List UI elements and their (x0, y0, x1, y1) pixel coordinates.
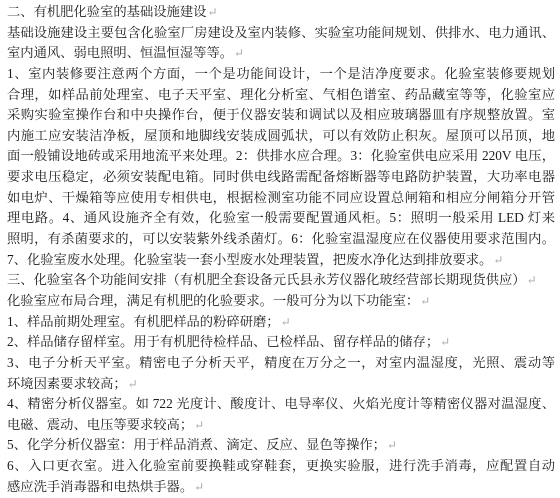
text-line: 电磁、震动、电压等要求较高；↵ (7, 415, 555, 436)
paragraph-mark-icon: ↵ (419, 294, 430, 308)
paragraph-mark-icon: ↵ (233, 46, 244, 60)
text-line-content: 7、化验室废水处理。化验室装一套小型废水处理装置，把废水净化达到排放要求。 (7, 252, 492, 267)
text-line-content: 合理，如样品前处理室、电子天平室、理化分析室、气相色谱室、药品藏室等等，化验室应 (7, 87, 555, 102)
text-line: 3、电子分析天平室。精密电子分析天平，精度在万分之一，对室内温湿度，光照、震动等… (7, 353, 555, 374)
text-line-content: 5、化学分析仪器室：用于样品消煮、滴定、反应、显色等操作； (7, 437, 386, 452)
text-line-content: 3、电子分析天平室。精密电子分析天平，精度在万分之一，对室内温湿度，光照、震动等 (7, 355, 555, 370)
text-line: 照明，有杀菌要求的，可以安装紫外线杀菌灯。6：化验室温湿度应在仪器使用要求范围内… (7, 229, 555, 250)
text-line: 室内通风、弱电照明、恒温恒湿等等。↵ (7, 43, 555, 64)
text-line: 1、样品前期处理室。有机肥样品的粉碎研磨；↵ (7, 312, 555, 333)
text-line: 1、室内装修要注意两个方面，一个是功能间设计，一个是洁净度要求。化验室装修要规划… (7, 64, 555, 85)
text-line: 感应洗手消毒器和电热烘手器。↵ (7, 477, 555, 498)
text-line-content: 理电路。4、通风设施齐全有效，化验室一般需要配置通风柜。5：照明一般采用 LED… (7, 210, 555, 225)
text-line: 5、化学分析仪器室：用于样品消煮、滴定、反应、显色等操作；↵ (7, 435, 555, 456)
text-line: 二、有机肥化验室的基础设施建设↵ (7, 2, 555, 23)
text-line: 6、入口更衣室。进入化验室前要换鞋或穿鞋套，更换实验服，进行洗手消毒，应配置自动… (7, 456, 555, 477)
text-line: 4、精密分析仪器室。如 722 光度计、酸度计、电导率仪、火焰光度计等精密仪器对… (7, 394, 555, 415)
text-line-content: 6、入口更衣室。进入化验室前要换鞋或穿鞋套，更换实验服，进行洗手消毒，应配置自动 (7, 458, 555, 473)
text-line: 面一般铺设地砖或采用地流平来处理。2：供排水应合理。3：化验室供电应采用 220… (7, 146, 555, 167)
paragraph-mark-icon: ↵ (206, 5, 217, 19)
text-line: 内施工应安装洁净板，屋顶和地脚线安装成圆弧状，可以有效防止积灰。屋顶可以吊顶，地… (7, 126, 555, 147)
text-line: 2、样品储存留样室。用于有机肥待检样品、已检样品、留存样品的储存；↵ (7, 332, 555, 353)
text-line-content: 面一般铺设地砖或采用地流平来处理。2：供排水应合理。3：化验室供电应采用 220… (7, 148, 555, 163)
text-line-content: 二、有机肥化验室的基础设施建设 (7, 4, 206, 19)
text-line-content: 1、室内装修要注意两个方面，一个是功能间设计，一个是洁净度要求。化验室装修要规划 (7, 66, 555, 81)
text-line-content: 2、样品储存留样室。用于有机肥待检样品、已检样品、留存样品的储存； (7, 334, 439, 349)
paragraph-mark-icon: ↵ (526, 273, 537, 287)
paragraph-mark-icon: ↵ (193, 480, 204, 494)
text-line-content: 4、精密分析仪器室。如 722 光度计、酸度计、电导率仪、火焰光度计等精密仪器对… (7, 396, 555, 411)
text-line: 化验室应布局合理，满足有机肥的化验要求。一般可分为以下功能室：↵ (7, 291, 555, 312)
text-line-content: 内施工应安装洁净板，屋顶和地脚线安装成圆弧状，可以有效防止积灰。屋顶可以吊顶，地 (7, 128, 555, 143)
text-line: 采购实验室操作台和中央操作台，便于仪器安装和调试以及相应玻璃器皿有序规整放置。室… (7, 105, 555, 126)
text-line-content: 感应洗手消毒器和电热烘手器。 (7, 479, 193, 494)
text-line: 基础设施建设主要包含化验室厂房建设及室内装修、实验室功能间规划、供排水、电力通讯… (7, 23, 555, 44)
text-line-content: 化验室应布局合理，满足有机肥的化验要求。一般可分为以下功能室： (7, 293, 419, 308)
paragraph-mark-icon: ↵ (127, 377, 138, 391)
text-line-content: 基础设施建设主要包含化验室厂房建设及室内装修、实验室功能间规划、供排水、电力通讯… (7, 25, 555, 40)
text-line: 要求电压稳定，必须安装配电箱。同时供电线路需配备熔断器等电路防护装置，大功率电器… (7, 167, 555, 188)
paragraph-mark-icon: ↵ (280, 315, 291, 329)
text-line: 三、化验室各个功能间安排（有机肥全套设备元氏县永芳仪器化玻经营部长期现货供应）↵ (7, 270, 555, 291)
text-line-content: 电磁、震动、电压等要求较高； (7, 417, 193, 432)
paragraph-mark-icon: ↵ (439, 335, 450, 349)
text-line: 合理，如样品前处理室、电子天平室、理化分析室、气相色谱室、药品藏室等等，化验室应… (7, 85, 555, 106)
document-page: 二、有机肥化验室的基础设施建设↵基础设施建设主要包含化验室厂房建设及室内装修、实… (0, 0, 560, 498)
text-line-content: 如电炉、干燥箱等应使用专相供电，根据检测室功能不同应设置总闸箱和相应分闸箱分开管 (7, 190, 555, 205)
paragraph-mark-icon: ↵ (386, 438, 397, 452)
text-line-content: 要求电压稳定，必须安装配电箱。同时供电线路需配备熔断器等电路防护装置，大功率电器 (7, 169, 555, 184)
text-line-content: 照明，有杀菌要求的，可以安装紫外线杀菌灯。6：化验室温湿度应在仪器使用要求范围内… (7, 231, 555, 246)
text-line-content: 采购实验室操作台和中央操作台，便于仪器安装和调试以及相应玻璃器皿有序规整放置。室 (7, 107, 555, 122)
paragraph-mark-icon: ↵ (492, 253, 503, 267)
text-line-content: 室内通风、弱电照明、恒温恒湿等等。 (7, 45, 233, 60)
paragraph-mark-icon: ↵ (193, 418, 204, 432)
text-line-content: 环境因素要求较高； (7, 376, 127, 391)
text-line: 如电炉、干燥箱等应使用专相供电，根据检测室功能不同应设置总闸箱和相应分闸箱分开管… (7, 188, 555, 209)
text-line: 7、化验室废水处理。化验室装一套小型废水处理装置，把废水净化达到排放要求。↵ (7, 250, 555, 271)
document-text-body: 二、有机肥化验室的基础设施建设↵基础设施建设主要包含化验室厂房建设及室内装修、实… (7, 2, 555, 497)
text-line: 环境因素要求较高；↵ (7, 374, 555, 395)
text-line-content: 1、样品前期处理室。有机肥样品的粉碎研磨； (7, 314, 280, 329)
text-line-content: 三、化验室各个功能间安排（有机肥全套设备元氏县永芳仪器化玻经营部长期现货供应） (7, 272, 526, 287)
text-line: 理电路。4、通风设施齐全有效，化验室一般需要配置通风柜。5：照明一般采用 LED… (7, 208, 555, 229)
